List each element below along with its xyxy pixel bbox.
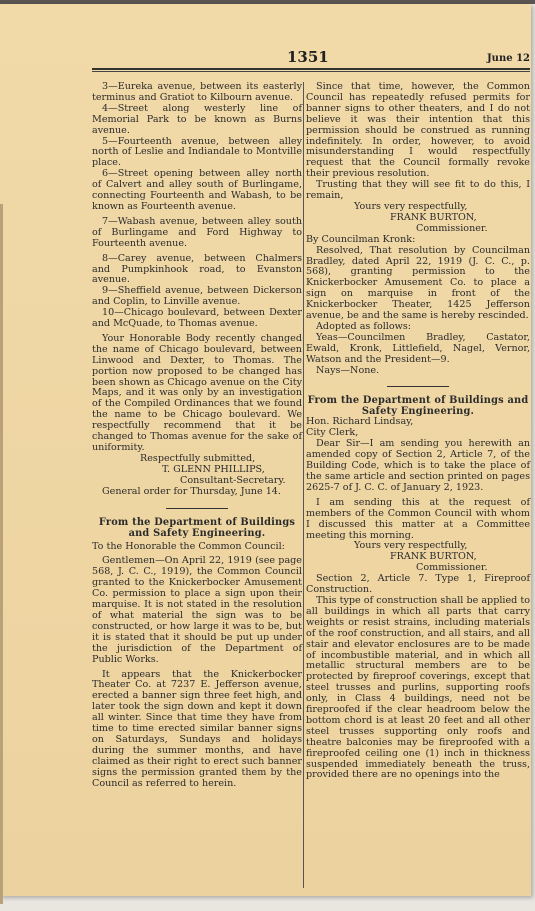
by-councilman: By Councilman Kronk:: [306, 235, 530, 246]
nays: Nays—None.: [306, 366, 530, 377]
paragraph-dear-sir: Dear Sir—I am sending you herewith an am…: [306, 439, 530, 494]
paragraph-sending: I am sending this at the request of memb…: [306, 498, 530, 542]
general-order: General order for Thursday, June 14.: [92, 487, 302, 498]
section-separator: [387, 386, 449, 387]
header-rule-thin: [92, 71, 530, 72]
list-item: 8—Carey avenue, between Chalmers and Pum…: [92, 254, 302, 287]
list-item: 9—Sheffield avenue, between Dickerson an…: [92, 286, 302, 308]
list-item: 7—Wabash avenue, between alley south of …: [92, 217, 302, 250]
list-item: 3—Eureka avenue, between its easterly te…: [92, 82, 302, 104]
paragraph-type: This type of construction shall be appli…: [306, 596, 530, 781]
paragraph-since: Since that time, however, the Common Cou…: [306, 82, 530, 180]
section-title: Section 2, Article 7. Type 1, Fireproof …: [306, 574, 530, 596]
list-item: 6—Street opening between alley north of …: [92, 169, 302, 213]
section-heading: From the Department of Buildings and Saf…: [92, 517, 302, 539]
section-separator: [166, 508, 228, 509]
list-item: 10—Chicago boulevard, between Dexter and…: [92, 308, 302, 330]
yeas: Yeas—Councilmen Bradley, Castator, Ewald…: [306, 333, 530, 366]
signer-title: Consultant-Secretary.: [92, 476, 302, 487]
salutation: To the Honorable the Common Council:: [92, 542, 302, 553]
right-column: Since that time, however, the Common Cou…: [306, 82, 530, 781]
column-divider: [303, 82, 304, 888]
paragraph-trusting: Trusting that they will see fit to do th…: [306, 180, 530, 202]
paragraph-appears: It appears that the Knickerbocker Theate…: [92, 670, 302, 790]
left-column: 3—Eureka avenue, between its easterly te…: [92, 82, 302, 789]
header-rule: [92, 68, 530, 70]
list-item: 4—Street along westerly line of Memorial…: [92, 104, 302, 137]
page-left-edge: [0, 204, 3, 904]
list-item: 5—Fourteenth avenue, between alley north…: [92, 137, 302, 170]
section-heading: From the Department of Buildings and Saf…: [306, 395, 530, 417]
paragraph-gentlemen: Gentlemen—On April 22, 1919 (see page 56…: [92, 556, 302, 665]
page-number: 1351: [287, 48, 329, 66]
resolution: Resolved, That resolution by Councilman …: [306, 246, 530, 322]
header-date: June 12: [487, 53, 530, 64]
paragraph-honorable: Your Honorable Body recently changed the…: [92, 334, 302, 454]
